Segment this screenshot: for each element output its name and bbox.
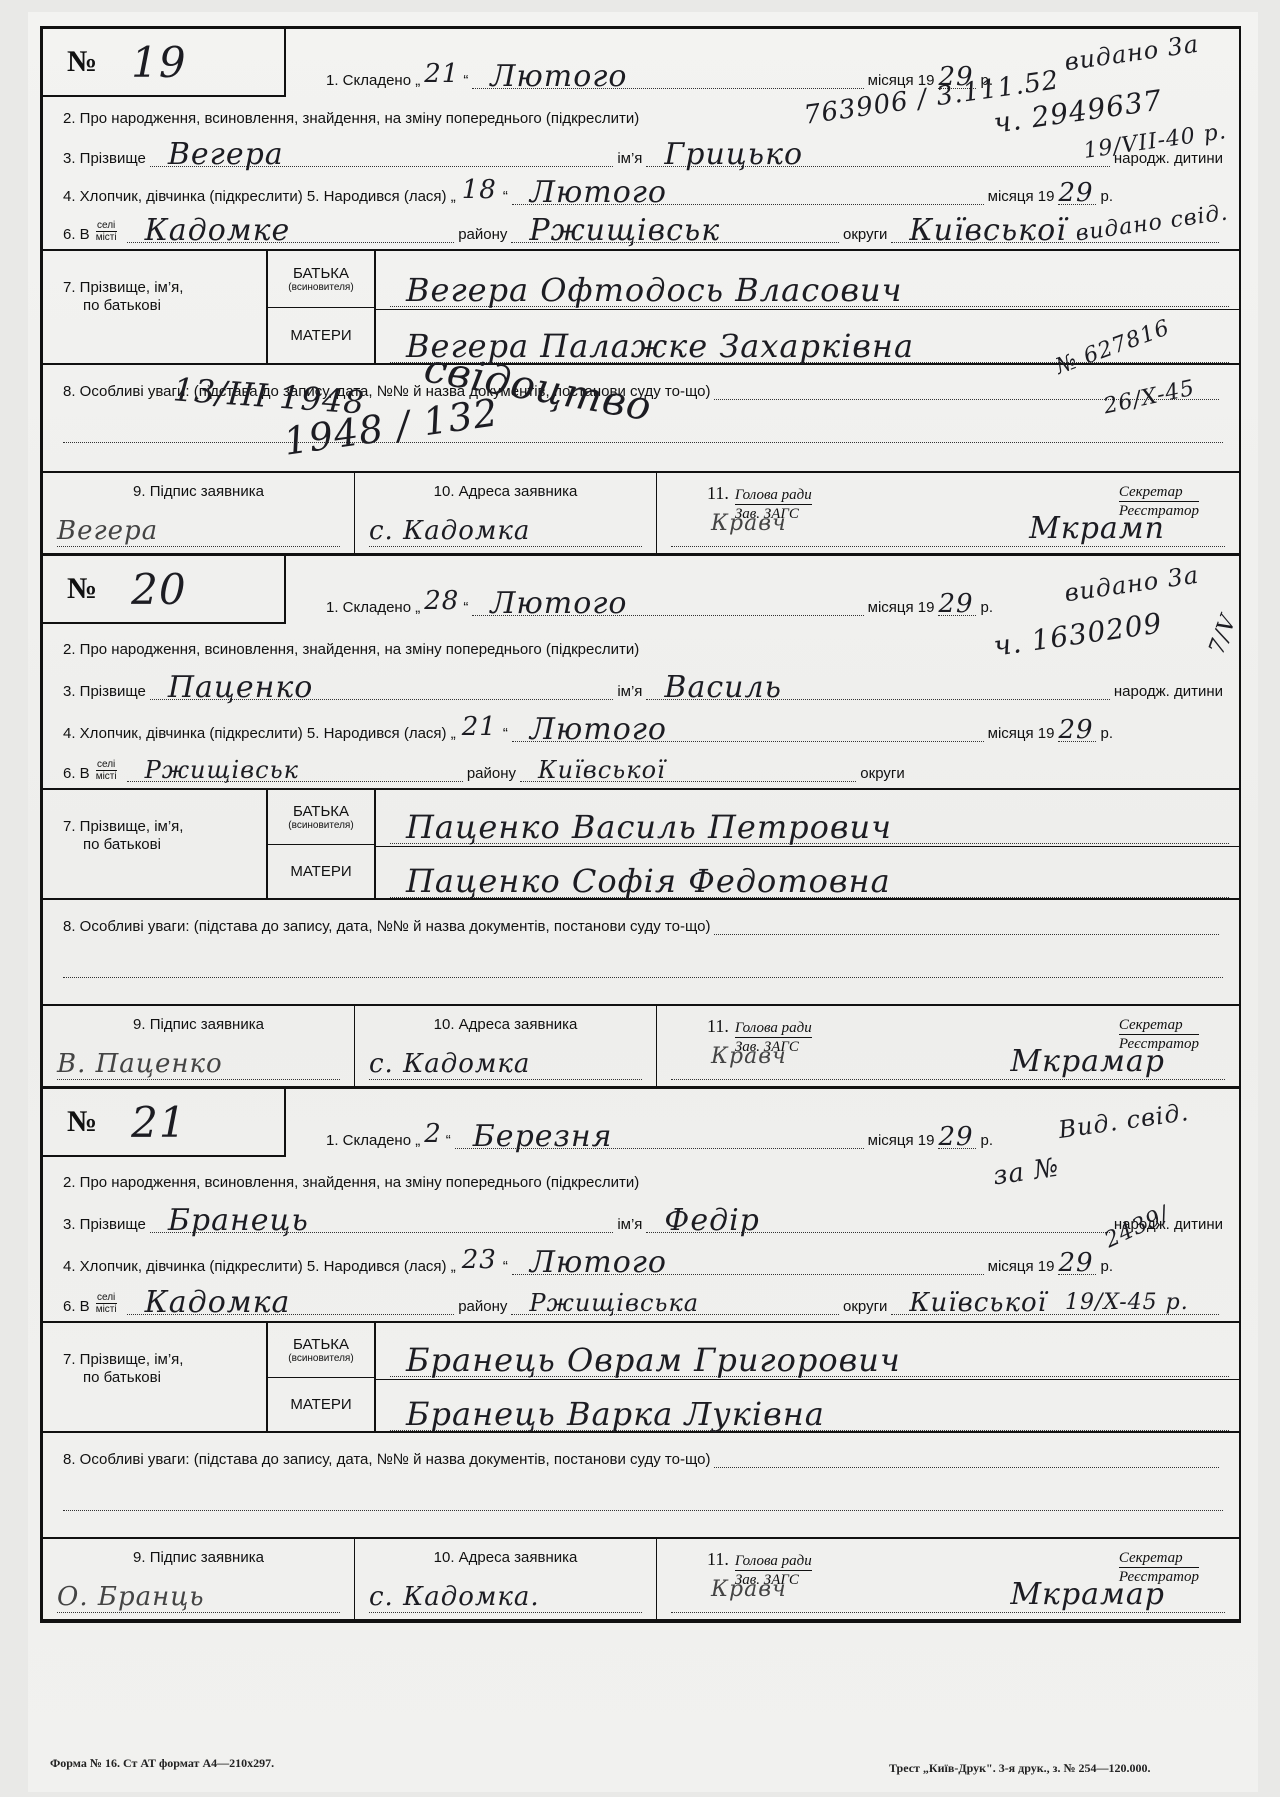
margin-note: видано 3а bbox=[1062, 561, 1200, 608]
compiled-row: 1. Складено „ 2 “ Березня місяця 19 29 р… bbox=[286, 1089, 1239, 1157]
year-suffix: р. bbox=[1100, 188, 1113, 205]
village-town-fraction: селімісті bbox=[96, 1292, 117, 1315]
village-value: Кадомка bbox=[145, 1288, 291, 1318]
record-number-box: № 20 bbox=[43, 556, 286, 624]
birth-month-field: Лютого bbox=[512, 1244, 984, 1275]
sex-birthdate-row: 4. Хлопчик, дівчинка (підкреслити) 5. На… bbox=[43, 706, 1239, 748]
compiled-month: Лютого bbox=[490, 589, 627, 619]
parents-label-line1: 7. Прізвище, ім’я, bbox=[63, 1351, 266, 1369]
parents-label-line2: по батькові bbox=[63, 836, 266, 854]
applicant-signature: Вегера bbox=[57, 516, 158, 546]
name-label: ім’я bbox=[617, 1216, 642, 1233]
remarks-line-2 bbox=[63, 1472, 1223, 1511]
village-field: Кадомке bbox=[127, 212, 455, 243]
district-label: району bbox=[467, 765, 516, 782]
applicant-signature-label: 9. Підпис заявника bbox=[133, 1016, 264, 1033]
quote: “ bbox=[503, 1258, 508, 1275]
officials-signature-field: КравчМкрамар bbox=[671, 1577, 1225, 1613]
compiled-year: 29 bbox=[938, 1122, 973, 1152]
surname-label: 3. Прізвище bbox=[63, 683, 146, 700]
officials-signature-field: КравчМкрамп bbox=[671, 511, 1225, 547]
officials-number: 11. bbox=[707, 1549, 729, 1569]
number-sign-label: № bbox=[67, 572, 97, 606]
okrug-label: округи bbox=[843, 226, 887, 243]
surname-row: 3. Прізвище Бранець ім’я Федір народж. д… bbox=[43, 1197, 1239, 1239]
compiled-month-field: Лютого bbox=[472, 58, 863, 89]
applicant-address: с. Кадомка bbox=[369, 516, 530, 546]
village-label: селі bbox=[96, 1292, 117, 1304]
quote: “ bbox=[503, 725, 508, 742]
about-label: 2. Про народження, всиновлення, знайденн… bbox=[63, 1174, 639, 1191]
birth-year: 29 bbox=[1058, 1248, 1093, 1278]
compiled-year-field: 29 bbox=[938, 1118, 976, 1149]
name-value: Федір bbox=[664, 1206, 759, 1236]
applicant-address-field: с. Кадомка. bbox=[369, 1582, 642, 1613]
child-label: народж. дитини bbox=[1114, 683, 1223, 700]
remarks-label: 8. Особливі уваги: (підстава до запису, … bbox=[63, 918, 710, 935]
district-field: Ржищівська bbox=[511, 1284, 839, 1315]
compiled-month-field: Березня bbox=[455, 1118, 864, 1149]
record-number: 21 bbox=[131, 1098, 186, 1147]
father-role: БАТЬКА(всиновителя) bbox=[268, 251, 374, 308]
parents-label: 7. Прізвище, ім’я,по батькові bbox=[43, 1323, 266, 1431]
compiled-day: 21 bbox=[424, 59, 459, 89]
margin-note: за № bbox=[991, 1153, 1061, 1192]
month-label: місяця 19 bbox=[868, 1132, 935, 1149]
secretary-label: Секретар bbox=[1119, 1549, 1199, 1568]
remarks-section: 8. Особливі уваги: (підстава до запису, … bbox=[43, 900, 1239, 1004]
surname-field: Паценко bbox=[150, 669, 613, 700]
margin-note: Вид. свід. bbox=[1056, 1098, 1190, 1144]
village-field: Кадомка bbox=[127, 1284, 455, 1315]
surname-field: Вегера bbox=[150, 136, 613, 167]
surname-row: 3. Прізвище Паценко ім’я Василь народж. … bbox=[43, 664, 1239, 706]
okrug-value: Київської bbox=[909, 216, 1066, 246]
in-label: 6. В bbox=[63, 226, 90, 243]
parents-section: 7. Прізвище, ім’я,по батькові БАТЬКА(вси… bbox=[43, 249, 1239, 365]
father-name-field: Бранець Оврам Григорович bbox=[390, 1323, 1229, 1377]
signature-section: 9. Підпис заявника Вегера 10. Адреса зая… bbox=[43, 471, 1239, 553]
compiled-year-field: 29 bbox=[938, 585, 976, 616]
name-field: Грицько bbox=[646, 136, 1109, 167]
compiled-label: 1. Складено „ bbox=[326, 1132, 420, 1149]
applicant-address: с. Кадомка bbox=[369, 1049, 530, 1079]
birth-day: 21 bbox=[462, 712, 497, 742]
father-role: БАТЬКА(всиновителя) bbox=[268, 790, 374, 845]
printer-footer: Трест „Київ-Друк". 3-я друк., з. № 254—1… bbox=[889, 1761, 1151, 1776]
applicant-address: с. Кадомка. bbox=[369, 1582, 540, 1612]
birth-month: Лютого bbox=[530, 1248, 667, 1278]
mother-name-field: Паценко Софія Федотовна bbox=[390, 844, 1229, 898]
month-label: місяця 19 bbox=[988, 188, 1055, 205]
applicant-signature: В. Паценко bbox=[57, 1049, 223, 1079]
year-suffix: р. bbox=[1100, 1258, 1113, 1275]
village-town-fraction: селімісті bbox=[96, 759, 117, 782]
birth-year: 29 bbox=[1058, 715, 1093, 745]
about-row: 2. Про народження, всиновлення, знайденн… bbox=[43, 1157, 1239, 1197]
birth-day: 18 bbox=[462, 175, 497, 205]
town-label: місті bbox=[96, 1304, 117, 1315]
father-name: Паценко Василь Петрович bbox=[406, 811, 892, 843]
in-label: 6. В bbox=[63, 1298, 90, 1315]
parents-section: 7. Прізвище, ім’я,по батькові БАТЬКА(вси… bbox=[43, 1321, 1239, 1433]
place-row: 6. В селімісті Кадомка району Ржищівська… bbox=[43, 1281, 1239, 1321]
name-label: ім’я bbox=[617, 150, 642, 167]
sex-label: 4. Хлопчик, дівчинка (підкреслити) 5. На… bbox=[63, 1258, 456, 1275]
father-role: БАТЬКА(всиновителя) bbox=[268, 1323, 374, 1378]
town-label: місті bbox=[96, 232, 117, 243]
applicant-signature-cell: 9. Підпис заявника О. Бранць bbox=[43, 1539, 355, 1619]
applicant-address-label: 10. Адреса заявника bbox=[434, 483, 578, 500]
district-value: Ржищівськ bbox=[529, 216, 720, 246]
mother-label: МАТЕРИ bbox=[290, 327, 351, 344]
remarks-line: 8. Особливі уваги: (підстава до запису, … bbox=[63, 918, 1223, 935]
about-row: 2. Про народження, всиновлення, знайденн… bbox=[43, 97, 1239, 133]
applicant-address-field: с. Кадомка bbox=[369, 1049, 642, 1080]
father-label: БАТЬКА bbox=[293, 803, 349, 820]
village-field: Ржищівськ bbox=[127, 751, 463, 782]
village-label: селі bbox=[96, 759, 117, 771]
registrar-signature: Мкрамп bbox=[1029, 511, 1165, 546]
compiled-month: Лютого bbox=[490, 62, 627, 92]
about-row: 2. Про народження, всиновлення, знайденн… bbox=[43, 624, 1239, 664]
birth-year: 29 bbox=[1058, 178, 1093, 208]
village-town-fraction: селімісті bbox=[96, 220, 117, 243]
remarks-line: 8. Особливі уваги: (підстава до запису, … bbox=[63, 1451, 1223, 1468]
father-label: БАТЬКА bbox=[293, 265, 349, 282]
surname-field: Бранець bbox=[150, 1202, 613, 1233]
parent-roles: БАТЬКА(всиновителя) МАТЕРИ bbox=[266, 251, 376, 363]
officials-cell: 11.Голова радиЗав. ЗАГС СекретарРеєстрат… bbox=[657, 1006, 1239, 1086]
remarks-section: 8. Особливі уваги: (підстава до запису, … bbox=[43, 1433, 1239, 1537]
surname-value: Вегера bbox=[168, 140, 284, 170]
record-header: № 21 1. Складено „ 2 “ Березня місяця 19… bbox=[43, 1089, 1239, 1157]
applicant-address-label: 10. Адреса заявника bbox=[434, 1016, 578, 1033]
father-name: Бранець Оврам Григорович bbox=[406, 1344, 901, 1376]
applicant-address-cell: 10. Адреса заявника с. Кадомка bbox=[355, 473, 657, 553]
parents-label-line2: по батькові bbox=[63, 1369, 266, 1387]
compiled-year: 29 bbox=[938, 589, 973, 619]
father-label: БАТЬКА bbox=[293, 1336, 349, 1353]
compiled-month-field: Лютого bbox=[472, 585, 863, 616]
okrug-field: Київської19/X-45 р. bbox=[891, 1284, 1219, 1315]
parents-label: 7. Прізвище, ім’я,по батькові bbox=[43, 251, 266, 363]
surname-row: 3. Прізвище Вегера ім’я Грицько народж. … bbox=[43, 133, 1239, 173]
remarks-label: 8. Особливі уваги: (підстава до запису, … bbox=[63, 1451, 710, 1468]
margin-note: 19/X-45 р. bbox=[1065, 1288, 1189, 1318]
father-name-field: Вегера Офтодось Власович bbox=[390, 251, 1229, 307]
birth-register-form: № 19 1. Складено „ 21 “ Лютого місяця 19… bbox=[40, 26, 1241, 1623]
mother-role: МАТЕРИ bbox=[268, 845, 374, 899]
birth-day: 23 bbox=[462, 1245, 497, 1275]
district-value: Київської bbox=[538, 755, 666, 785]
mother-name: Бранець Варка Луківна bbox=[406, 1398, 825, 1430]
head-signature: Кравч bbox=[711, 511, 787, 546]
mother-role: МАТЕРИ bbox=[268, 1378, 374, 1432]
sex-birthdate-row: 4. Хлопчик, дівчинка (підкреслити) 5. На… bbox=[43, 1239, 1239, 1281]
applicant-address-field: с. Кадомка bbox=[369, 516, 642, 547]
record-number: 19 bbox=[131, 38, 186, 87]
quote: “ bbox=[503, 188, 508, 205]
birth-month: Лютого bbox=[530, 178, 667, 208]
district-field: Київської bbox=[520, 751, 856, 782]
head-council-label: Голова ради bbox=[735, 486, 812, 505]
compiled-label: 1. Складено „ bbox=[326, 599, 420, 616]
birth-month-field: Лютого bbox=[512, 174, 984, 205]
mother-name: Паценко Софія Федотовна bbox=[406, 865, 891, 897]
father-sub-label: (всиновителя) bbox=[288, 820, 353, 831]
okrug-value: Київської bbox=[909, 1288, 1047, 1318]
place-row: 6. В селімісті Ржищівськ району Київсько… bbox=[43, 748, 1239, 788]
applicant-signature-cell: 9. Підпис заявника Вегера bbox=[43, 473, 355, 553]
record-3: № 21 1. Складено „ 2 “ Березня місяця 19… bbox=[43, 1086, 1239, 1623]
district-value: Ржищівська bbox=[529, 1288, 699, 1318]
sex-label: 4. Хлопчик, дівчинка (підкреслити) 5. На… bbox=[63, 725, 456, 742]
village-value: Кадомке bbox=[145, 216, 291, 246]
record-number-box: № 19 bbox=[43, 29, 286, 97]
birth-month: Лютого bbox=[530, 715, 667, 745]
surname-value: Паценко bbox=[168, 673, 313, 703]
applicant-address-cell: 10. Адреса заявника с. Кадомка. bbox=[355, 1539, 657, 1619]
surname-value: Бранець bbox=[168, 1206, 309, 1236]
compiled-row: 1. Складено „ 21 “ Лютого місяця 19 29 р… bbox=[286, 29, 1239, 97]
head-signature: Кравч bbox=[711, 1044, 787, 1079]
name-value: Грицько bbox=[664, 140, 803, 170]
margin-note: видано 3а bbox=[1062, 30, 1200, 77]
parents-label-line1: 7. Прізвище, ім’я, bbox=[63, 279, 266, 297]
parents-label: 7. Прізвище, ім’я,по батькові bbox=[43, 790, 266, 898]
surname-label: 3. Прізвище bbox=[63, 1216, 146, 1233]
name-field: Василь bbox=[646, 669, 1109, 700]
head-council-label: Голова ради bbox=[735, 1552, 812, 1571]
head-council-label: Голова ради bbox=[735, 1019, 812, 1038]
sex-label: 4. Хлопчик, дівчинка (підкреслити) 5. На… bbox=[63, 188, 456, 205]
birth-year-field: 29 bbox=[1058, 174, 1096, 205]
name-field: Федір bbox=[646, 1202, 1109, 1233]
father-sub-label: (всиновителя) bbox=[288, 282, 353, 293]
in-label: 6. В bbox=[63, 765, 90, 782]
secretary-label: Секретар bbox=[1119, 1016, 1199, 1035]
number-sign-label: № bbox=[67, 45, 97, 79]
applicant-signature: О. Бранць bbox=[57, 1582, 205, 1612]
compiled-day: 2 bbox=[424, 1119, 442, 1149]
remarks-line-2 bbox=[63, 939, 1223, 978]
form-footer: Форма № 16. Ст АТ формат А4—210х297. bbox=[50, 1756, 274, 1771]
about-label: 2. Про народження, всиновлення, знайденн… bbox=[63, 110, 639, 127]
okrug-label: округи bbox=[843, 1298, 887, 1315]
about-label: 2. Про народження, всиновлення, знайденн… bbox=[63, 641, 639, 658]
applicant-address-label: 10. Адреса заявника bbox=[434, 1549, 578, 1566]
applicant-signature-label: 9. Підпис заявника bbox=[133, 483, 264, 500]
parent-names: Паценко Василь Петрович Паценко Софія Фе… bbox=[376, 790, 1239, 898]
mother-label: МАТЕРИ bbox=[290, 863, 351, 880]
district-label: району bbox=[458, 226, 507, 243]
quote: “ bbox=[446, 1132, 451, 1149]
year-suffix: р. bbox=[1100, 725, 1113, 742]
year-suffix: р. bbox=[980, 1132, 993, 1149]
month-label: місяця 19 bbox=[988, 725, 1055, 742]
sex-birthdate-row: 4. Хлопчик, дівчинка (підкреслити) 5. На… bbox=[43, 173, 1239, 211]
surname-label: 3. Прізвище bbox=[63, 150, 146, 167]
remarks-field bbox=[714, 918, 1219, 935]
parents-section: 7. Прізвище, ім’я,по батькові БАТЬКА(вси… bbox=[43, 788, 1239, 900]
officials-cell: 11.Голова радиЗав. ЗАГС СекретарРеєстрат… bbox=[657, 473, 1239, 553]
okrug-label: округи bbox=[860, 765, 904, 782]
mother-label: МАТЕРИ bbox=[290, 1396, 351, 1413]
applicant-signature-field: В. Паценко bbox=[57, 1049, 340, 1080]
name-value: Василь bbox=[664, 673, 782, 703]
record-1: № 19 1. Складено „ 21 “ Лютого місяця 19… bbox=[43, 26, 1239, 553]
birth-year-field: 29 bbox=[1058, 711, 1096, 742]
father-name-field: Паценко Василь Петрович bbox=[390, 790, 1229, 844]
district-label: району bbox=[458, 1298, 507, 1315]
village-value: Ржищівськ bbox=[145, 755, 299, 785]
parent-roles: БАТЬКА(всиновителя) МАТЕРИ bbox=[266, 790, 376, 898]
parents-label-line2: по батькові bbox=[63, 297, 266, 315]
applicant-signature-field: Вегера bbox=[57, 516, 340, 547]
place-row: 6. В селімісті Кадомке району Ржищівськ … bbox=[43, 211, 1239, 249]
record-2: № 20 1. Складено „ 28 “ Лютого місяця 19… bbox=[43, 553, 1239, 1086]
town-label: місті bbox=[96, 771, 117, 782]
birth-month-field: Лютого bbox=[512, 711, 984, 742]
month-label: місяця 19 bbox=[868, 599, 935, 616]
applicant-signature-label: 9. Підпис заявника bbox=[133, 1549, 264, 1566]
number-sign-label: № bbox=[67, 1105, 97, 1139]
record-header: № 20 1. Складено „ 28 “ Лютого місяця 19… bbox=[43, 556, 1239, 624]
month-label: місяця 19 bbox=[988, 1258, 1055, 1275]
year-suffix: р. bbox=[980, 599, 993, 616]
signature-section: 9. Підпис заявника В. Паценко 10. Адреса… bbox=[43, 1004, 1239, 1086]
father-sub-label: (всиновителя) bbox=[288, 1353, 353, 1364]
village-label: селі bbox=[96, 220, 117, 232]
remarks-field bbox=[714, 1451, 1219, 1468]
parent-roles: БАТЬКА(всиновителя) МАТЕРИ bbox=[266, 1323, 376, 1431]
remarks-section: 8. Особливі уваги: (підстава до запису, … bbox=[43, 365, 1239, 471]
compiled-row: 1. Складено „ 28 “ Лютого місяця 19 29 р… bbox=[286, 556, 1239, 624]
parent-names: Бранець Оврам Григорович Бранець Варка Л… bbox=[376, 1323, 1239, 1431]
officials-cell: 11.Голова радиЗав. ЗАГС СекретарРеєстрат… bbox=[657, 1539, 1239, 1619]
quote: “ bbox=[463, 599, 468, 616]
birth-year-field: 29 bbox=[1058, 1244, 1096, 1275]
mother-name-field: Бранець Варка Луківна bbox=[390, 1377, 1229, 1431]
district-field: Ржищівськ bbox=[511, 212, 839, 243]
record-number: 20 bbox=[131, 565, 186, 614]
secretary-label: Секретар bbox=[1119, 483, 1199, 502]
officials-number: 11. bbox=[707, 1016, 729, 1036]
quote: “ bbox=[463, 72, 468, 89]
compiled-label: 1. Складено „ bbox=[326, 72, 420, 89]
applicant-address-cell: 10. Адреса заявника с. Кадомка bbox=[355, 1006, 657, 1086]
parents-label-line1: 7. Прізвище, ім’я, bbox=[63, 818, 266, 836]
registrar-signature: Мкрамар bbox=[1010, 1577, 1165, 1612]
registrar-signature: Мкрамар bbox=[1010, 1044, 1165, 1079]
compiled-month: Березня bbox=[473, 1122, 613, 1152]
record-number-box: № 21 bbox=[43, 1089, 286, 1157]
head-signature: Кравч bbox=[711, 1577, 787, 1612]
compiled-day: 28 bbox=[424, 586, 459, 616]
officials-number: 11. bbox=[707, 483, 729, 503]
signature-section: 9. Підпис заявника О. Бранць 10. Адреса … bbox=[43, 1537, 1239, 1623]
mother-role: МАТЕРИ bbox=[268, 308, 374, 364]
applicant-signature-field: О. Бранць bbox=[57, 1582, 340, 1613]
officials-signature-field: КравчМкрамар bbox=[671, 1044, 1225, 1080]
father-name: Вегера Офтодось Власович bbox=[406, 274, 903, 306]
applicant-signature-cell: 9. Підпис заявника В. Паценко bbox=[43, 1006, 355, 1086]
name-label: ім’я bbox=[617, 683, 642, 700]
